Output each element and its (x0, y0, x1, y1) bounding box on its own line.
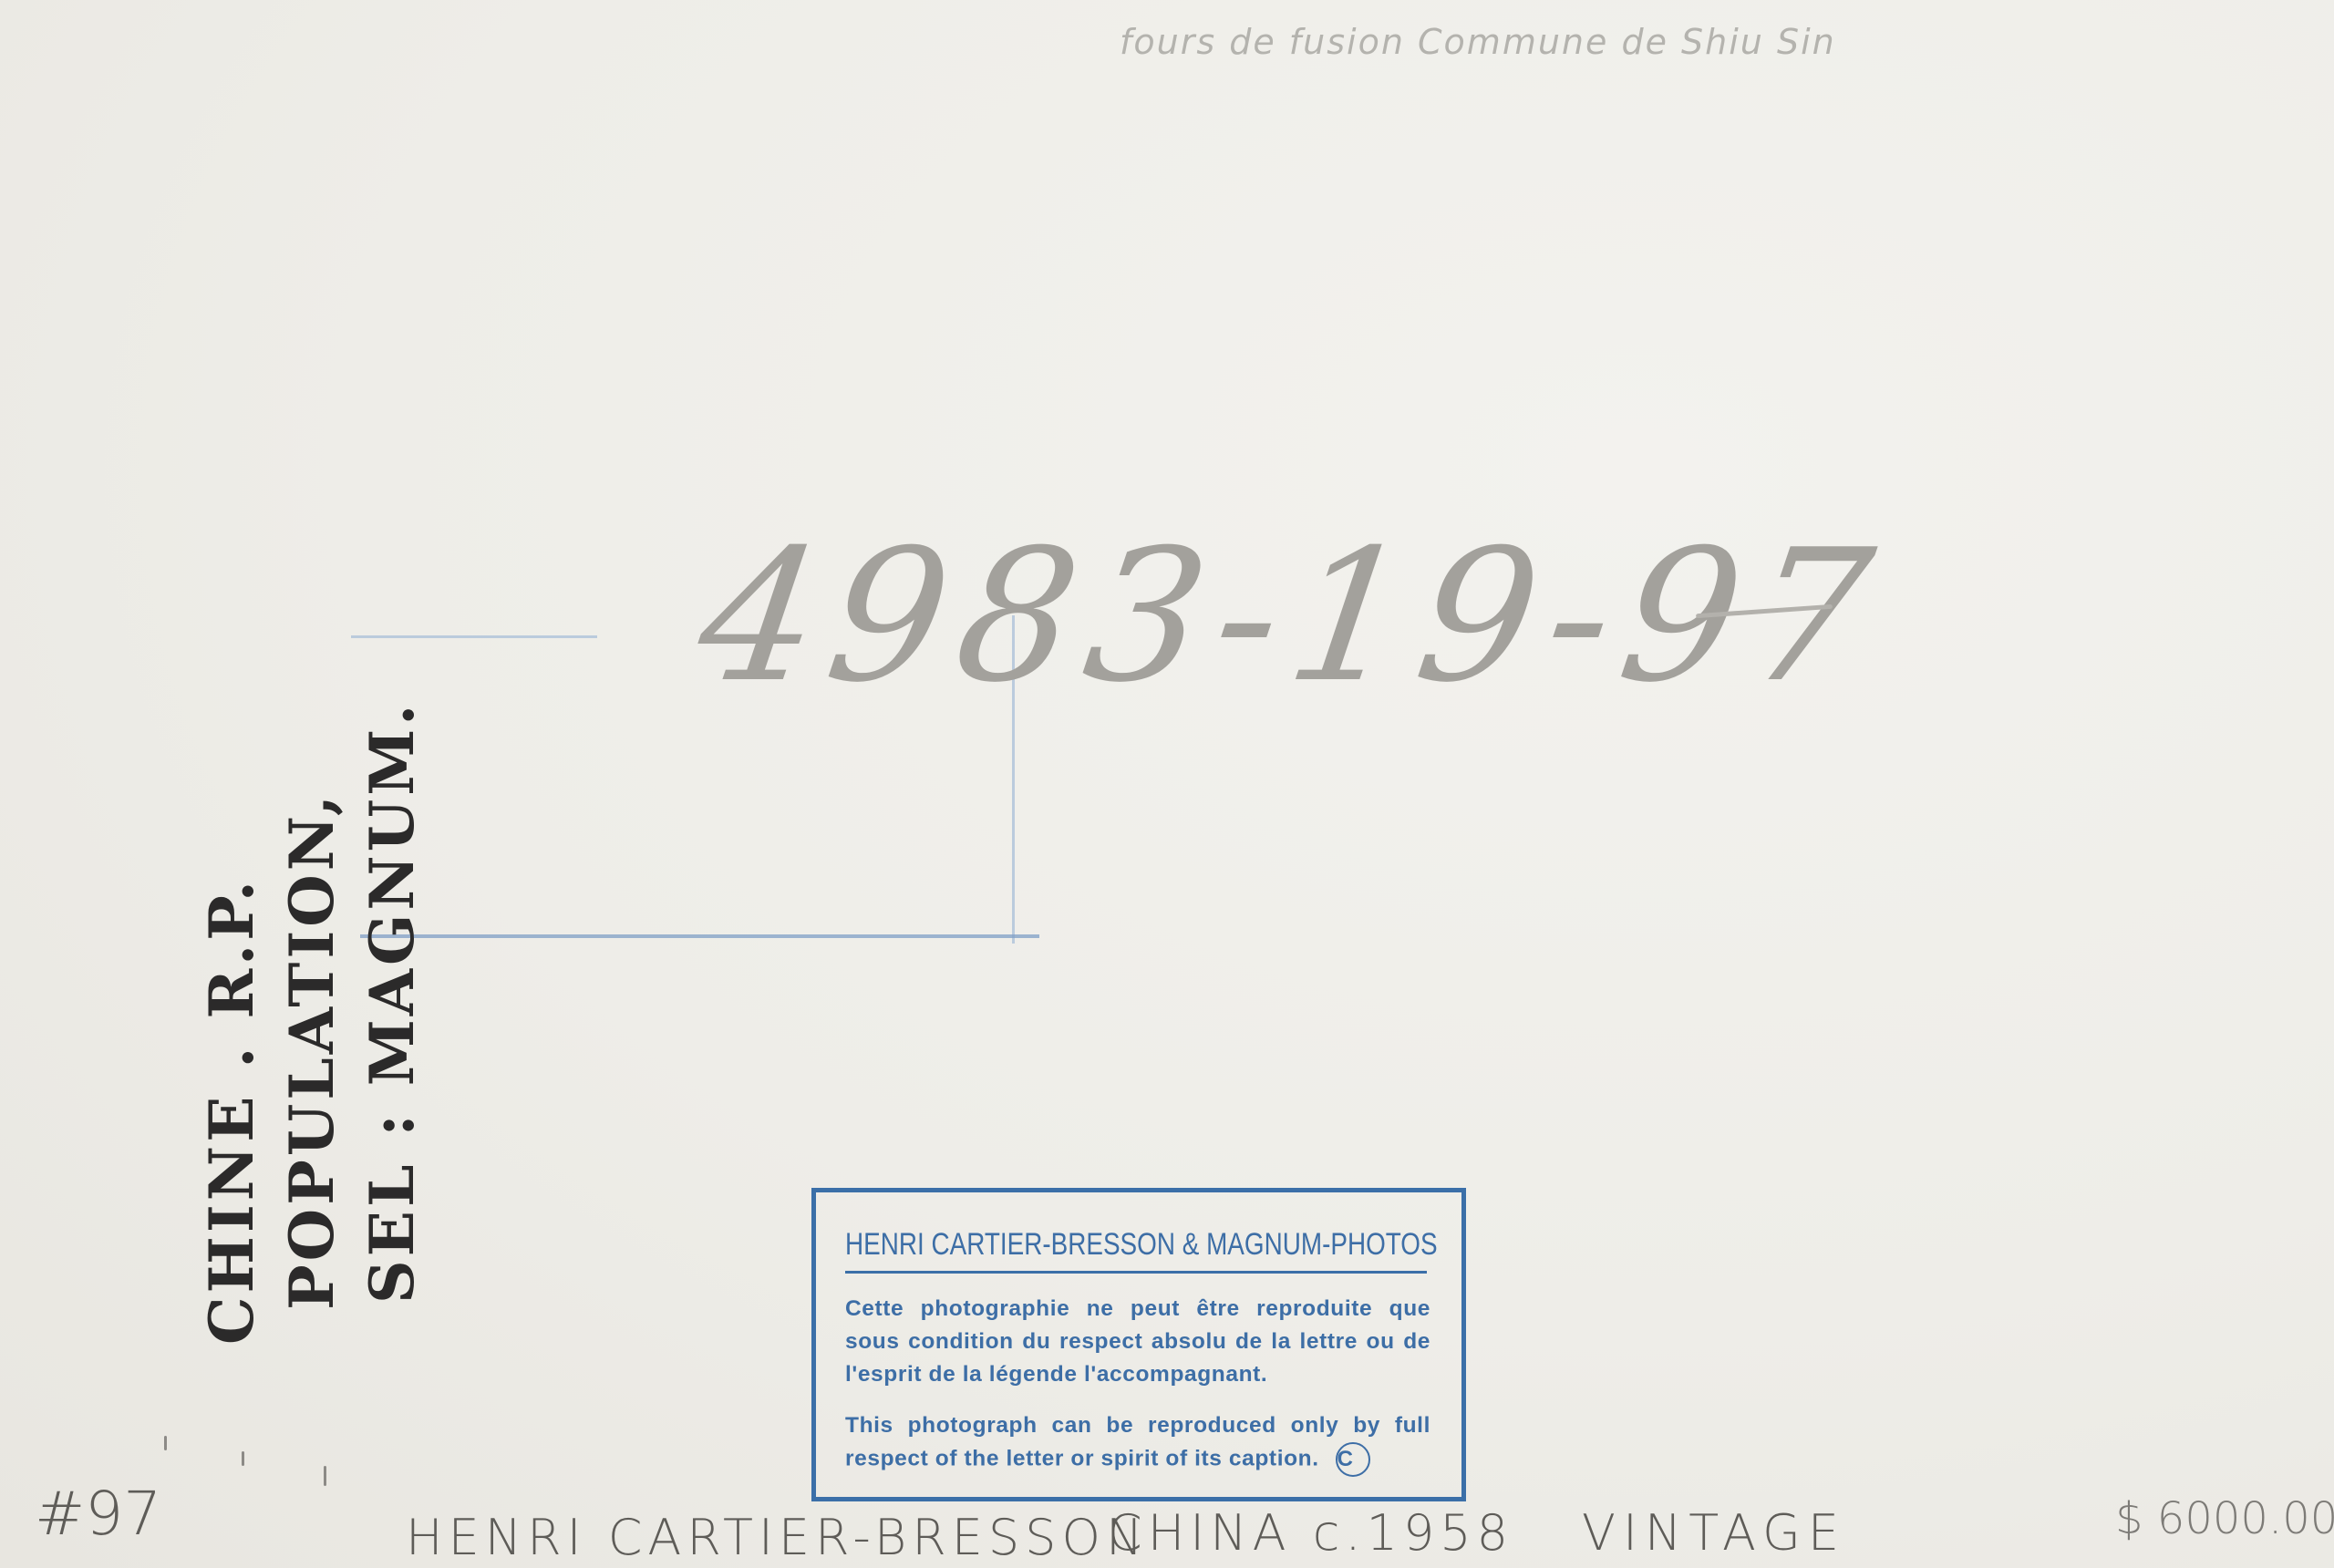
copyright-icon: C (1336, 1442, 1370, 1477)
lot-number: #97 (35, 1479, 161, 1549)
blue-bracket-bottom (360, 934, 1039, 938)
pencil-mark (242, 1451, 244, 1466)
price: $ 6000.00 (2115, 1493, 2334, 1544)
copyright-stamp: HENRI CARTIER-BRESSON & MAGNUM-PHOTOS Ce… (811, 1188, 1466, 1501)
top-pencil-note: fours de fusion Commune de Shiu Sin (1120, 22, 1836, 62)
caption-stamp-line: SEL : MAGNUM. (352, 701, 432, 1304)
title-underline (845, 1271, 1427, 1274)
blue-bracket-top (351, 635, 597, 638)
english-line: This photograph can be reproduced only b… (845, 1409, 1430, 1442)
place-and-date: CHINA c.1958 (1108, 1504, 1513, 1562)
copyright-text-english: This photograph can be reproduced only b… (845, 1409, 1430, 1477)
caption-stamp-line: POPULATION, (272, 701, 352, 1310)
english-line: respect of the letter or spirit of its c… (845, 1446, 1319, 1470)
artist-name: HENRI CARTIER-BRESSON (406, 1509, 1148, 1566)
caption-stamp-line: CHINE . R.P. (191, 701, 272, 1345)
pencil-mark (164, 1436, 167, 1450)
copyright-text-french: Cette photographie ne peut être reprodui… (845, 1293, 1430, 1391)
copyright-stamp-title: HENRI CARTIER-BRESSON & MAGNUM-PHOTOS (845, 1227, 1438, 1263)
english-line-last: respect of the letter or spirit of its c… (845, 1442, 1430, 1477)
french-line: l'esprit de la légende l'accompagnant. (845, 1358, 1430, 1391)
edition-note: VINTAGE (1582, 1504, 1846, 1562)
caption-stamp: CHINE . R.P. POPULATION, SEL : MAGNUM. (191, 701, 432, 1345)
pencil-mark (324, 1466, 326, 1486)
french-line: Cette photographie ne peut être reprodui… (845, 1293, 1430, 1326)
french-line: sous condition du respect absolu de la l… (845, 1326, 1430, 1358)
